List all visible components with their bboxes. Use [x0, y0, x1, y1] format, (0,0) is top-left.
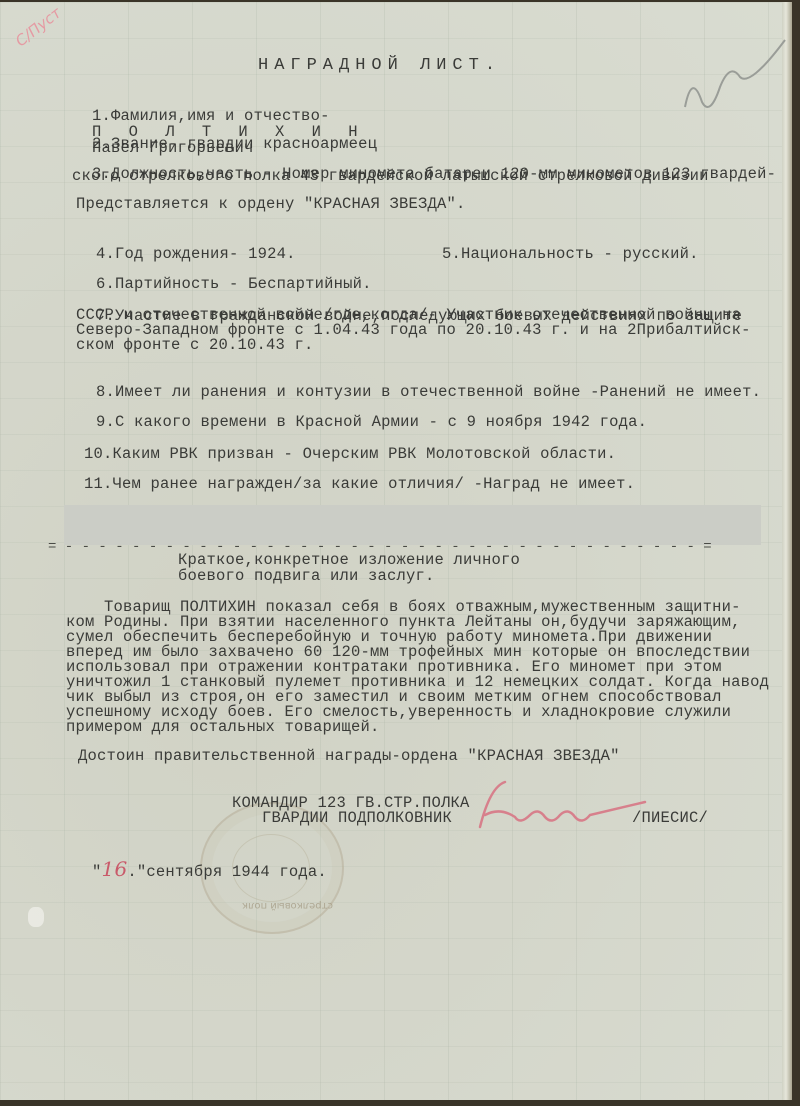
page-edge [782, 2, 792, 1100]
document-title: НАГРАДНОЙ ЛИСТ. [258, 58, 501, 74]
date-rest: ."сентября 1944 года. [127, 863, 327, 881]
field-5: 5.Национальность - русский. [404, 230, 699, 278]
date-day-handwritten: 16 [102, 857, 128, 881]
pencil-check-mark [680, 32, 790, 122]
signatory-name: /ПИЕСИС/ [632, 810, 708, 826]
conclusion-line: Достоин правительственной награды-ордена… [78, 748, 620, 764]
field-3-cont: ского стрелкового полка 43 гвардейской л… [72, 168, 709, 184]
field-number: 5. [442, 245, 461, 263]
field-7-line-4: ском фронте с 20.10.43 г. [76, 337, 314, 353]
field-value: Беспартийный. [248, 275, 372, 293]
narrative-line: примером для остальных товарищей. [66, 719, 380, 735]
feat-heading-line-2: боевого подвига или заслуг. [178, 568, 435, 584]
award-sheet-page: С/Пуст НАГРАДНОЙ ЛИСТ. 1.Фамилия,имя и о… [0, 2, 792, 1100]
feat-heading-line-1: Краткое,конкретное изложение личного [178, 552, 520, 568]
field-value: русский. [623, 245, 699, 263]
nomination-line: Представляется к ордену "КРАСНАЯ ЗВЕЗДА"… [76, 196, 466, 212]
signature-title-line-2: ГВАРДИИ ПОДПОЛКОВНИК [262, 810, 452, 826]
field-number: 9. [96, 413, 115, 431]
field-label: С какого времени в Красной Армии - [115, 413, 438, 431]
stamp-text: стрелковый полк [242, 900, 333, 911]
date-open-quote: " [92, 863, 102, 881]
paper-damage-hole [28, 907, 44, 927]
margin-note: С/Пуст [12, 4, 65, 51]
field-label: Партийность - [115, 275, 239, 293]
date-line: "16."сентября 1944 года. [54, 845, 327, 896]
field-label: Национальность - [461, 245, 613, 263]
handwritten-signature [460, 777, 650, 837]
field-value: с 9 ноября 1942 года. [448, 413, 648, 431]
field-number: 6. [96, 275, 115, 293]
